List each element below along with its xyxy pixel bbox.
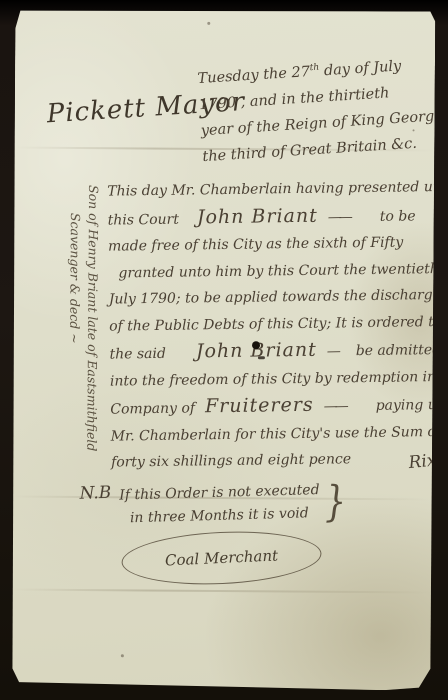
margin-annotation: Son of Henry Briant late of Eastsmithfie…	[64, 185, 102, 475]
flourish-dash: ——	[324, 398, 346, 414]
freeman-name: John Briant	[197, 204, 318, 228]
body-line-text: the said	[109, 346, 166, 363]
paper-speck	[413, 129, 415, 131]
curly-brace: }	[324, 476, 347, 526]
margin-note-line-1: Son of Henry Briant late of Eastsmithfie…	[82, 185, 102, 475]
ink-mark	[258, 356, 265, 359]
ink-blot	[252, 341, 260, 349]
nb-prefix: N.B	[79, 483, 111, 504]
paper-speck	[121, 654, 124, 657]
body-line: made free of this City as the sixth of F…	[108, 229, 434, 260]
body-line: Company ofFruiterers——paying unto	[110, 390, 436, 423]
trade-label: Coal Merchant	[165, 546, 279, 569]
trade-oval: Coal Merchant	[120, 527, 322, 588]
body-paragraph: This day Mr. Chamberlain having presente…	[107, 174, 437, 476]
company-name: Fruiterers	[205, 394, 314, 418]
body-line: Mr. Chamberlain for this City's use the …	[111, 419, 437, 450]
date-line-1-rest: day of July	[319, 58, 402, 79]
body-line-text: paying unto	[376, 397, 448, 414]
nb-line-2: in three Months it is void	[120, 501, 321, 530]
body-line-text: Company of	[110, 400, 195, 417]
nota-bene-note: N.B If this Order is not executed in thr…	[79, 476, 349, 532]
date-heading: Tuesday the 27th day of July 1790 , and …	[197, 47, 445, 170]
body-line-text: to be	[380, 208, 416, 224]
body-line: July 1790; to be applied towards the dis…	[109, 282, 435, 313]
body-line-text: be admitted	[356, 342, 441, 359]
body-line-text: this Court	[108, 211, 179, 228]
photo-background: Pickett Mayor Tuesday the 27th day of Ju…	[0, 0, 448, 700]
flourish-dash: ——	[328, 209, 350, 225]
fold-crease	[11, 589, 431, 594]
body-line: This day Mr. Chamberlain having presente…	[107, 174, 433, 205]
paper-speck	[207, 22, 210, 25]
date-line-1-text: Tuesday the 27	[197, 64, 310, 87]
margin-note-line-2: Scavenger & decd ~	[64, 213, 84, 475]
body-line: the saidJohn Briant—be admitted	[109, 335, 435, 368]
flourish-dash: —	[327, 343, 338, 359]
nb-lines: If this Order is not executed in three M…	[119, 479, 321, 531]
document-page: Pickett Mayor Tuesday the 27th day of Ju…	[11, 9, 436, 691]
body-line: this CourtJohn Briant——to be	[107, 201, 433, 234]
